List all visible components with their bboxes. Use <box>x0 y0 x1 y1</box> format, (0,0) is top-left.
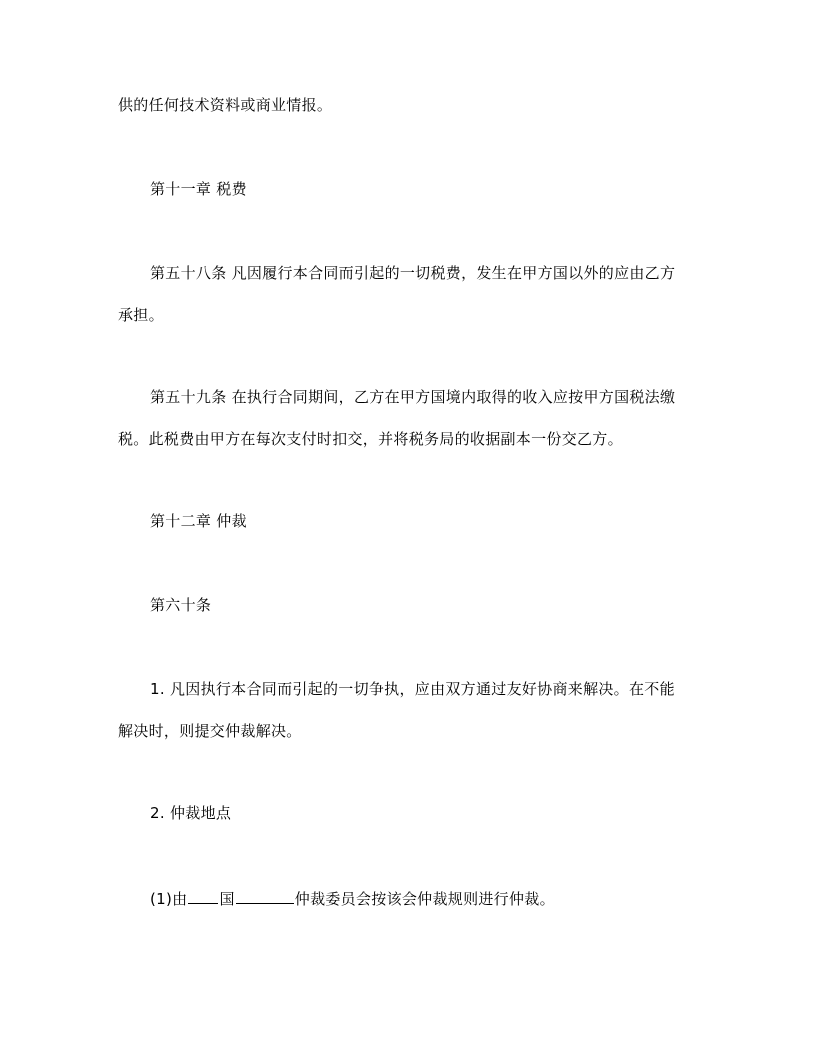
chapter-heading-12: 第十二章 仲裁 <box>150 511 247 531</box>
country-blank <box>188 887 218 904</box>
item-1-prefix: (1)由 <box>150 890 187 908</box>
clause-2-heading: 2. 仲裁地点 <box>150 803 231 823</box>
item-1-suffix: 仲裁委员会按该会仲裁规则进行仲裁。 <box>295 890 555 908</box>
article-58-line-2: 承担。 <box>118 305 164 325</box>
document-page: 供的任何技术资料或商业情报。 第十一章 税费 第五十八条 凡因履行本合同而引起的… <box>0 0 816 1056</box>
clause-1-line-1: 1. 凡因执行本合同而引起的一切争执，应由双方通过友好协商来解决。在不能 <box>150 679 675 699</box>
article-58-line-1: 第五十八条 凡因履行本合同而引起的一切税费，发生在甲方国以外的应由乙方 <box>150 263 675 283</box>
chapter-heading-11: 第十一章 税费 <box>150 179 247 199</box>
commission-blank <box>236 887 294 904</box>
paragraph-continuation: 供的任何技术资料或商业情报。 <box>118 95 332 115</box>
article-60-heading: 第六十条 <box>150 595 211 615</box>
article-59-line-1: 第五十九条 在执行合同期间，乙方在甲方国境内取得的收入应按甲方国税法缴 <box>150 387 675 407</box>
item-1-middle: 国 <box>219 890 234 908</box>
clause-2-item-1: (1)由国仲裁委员会按该会仲裁规则进行仲裁。 <box>150 887 555 909</box>
article-59-line-2: 税。此税费由甲方在每次支付时扣交，并将税务局的收据副本一份交乙方。 <box>118 429 623 449</box>
clause-1-line-2: 解决时，则提交仲裁解决。 <box>118 721 302 741</box>
